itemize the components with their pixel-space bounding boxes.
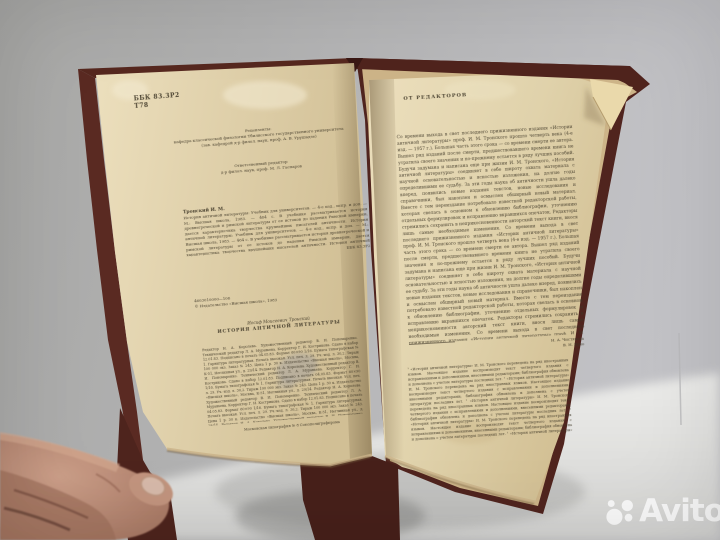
paper-wear-right-top [444, 80, 516, 100]
book-photo-illustration [0, 0, 720, 540]
paper-wear-left-top [223, 81, 307, 109]
paper-wear-left-corner [112, 80, 148, 100]
spine-bottom [300, 456, 400, 540]
paper-shade-right-bottom [440, 420, 500, 444]
photo-scene: ББК 83.3Р2 Т78 Рецензенты: кафедра класс… [0, 0, 720, 540]
ink-stamp-smudge-small [277, 378, 295, 390]
